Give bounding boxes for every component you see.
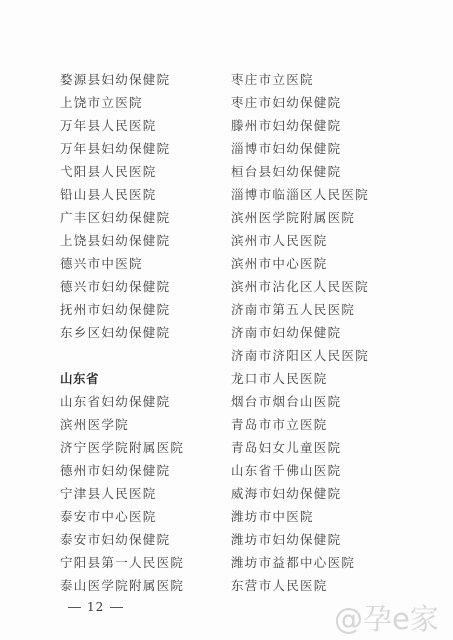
hospital-item: 滨州市沾化区人民医院	[231, 275, 369, 298]
hospital-item: 济南市第五人民医院	[231, 298, 369, 321]
hospital-item: 东营市人民医院	[231, 574, 369, 597]
document-page: 婺源县妇幼保健院 上饶市立医院 万年县人民医院 万年县妇幼保健院 弋阳县人民医院…	[0, 0, 453, 640]
hospital-item: 德州市妇幼保健院	[60, 459, 184, 482]
hospital-item: 上饶县妇幼保健院	[60, 229, 184, 252]
hospital-item: 山东省妇幼保健院	[60, 390, 184, 413]
hospital-item: 山东省千佛山医院	[231, 459, 369, 482]
hospital-item: 滕州市妇幼保健院	[231, 114, 369, 137]
hospital-item: 万年县妇幼保健院	[60, 137, 184, 160]
hospital-item: 青岛妇女儿童医院	[231, 436, 369, 459]
hospital-item: 上饶市立医院	[60, 91, 184, 114]
dash-left	[68, 607, 81, 608]
hospital-item: 泰安市妇幼保健院	[60, 528, 184, 551]
hospital-item: 威海市妇幼保健院	[231, 482, 369, 505]
watermark: @孕e家	[334, 597, 439, 638]
hospital-item: 弋阳县人民医院	[60, 160, 184, 183]
hospital-item: 济宁医学院附属医院	[60, 436, 184, 459]
page-number-value: 12	[87, 600, 104, 614]
hospital-item: 泰山医学院附属医院	[60, 574, 184, 597]
hospital-item: 潍坊市妇幼保健院	[231, 528, 369, 551]
hospital-item: 龙口市人民医院	[231, 367, 369, 390]
hospital-item: 潍坊市益都中心医院	[231, 551, 369, 574]
hospital-item: 枣庄市立医院	[231, 68, 369, 91]
hospital-item: 广丰区妇幼保健院	[60, 206, 184, 229]
hospital-item: 铅山县人民医院	[60, 183, 184, 206]
hospital-item: 济南市济阳区人民医院	[231, 344, 369, 367]
hospital-item: 抚州市妇幼保健院	[60, 298, 184, 321]
dash-right	[110, 607, 123, 608]
section-spacer	[60, 344, 184, 367]
hospital-item: 滨州医学院	[60, 413, 184, 436]
hospital-item: 宁阳县第一人民医院	[60, 551, 184, 574]
page-number: 12	[62, 600, 129, 614]
hospital-item: 潍坊市中医院	[231, 505, 369, 528]
left-column-list: 婺源县妇幼保健院 上饶市立医院 万年县人民医院 万年县妇幼保健院 弋阳县人民医院…	[60, 68, 184, 597]
hospital-item: 泰安市中心医院	[60, 505, 184, 528]
hospital-item: 青岛市市立医院	[231, 413, 369, 436]
hospital-item: 宁津县人民医院	[60, 482, 184, 505]
hospital-item: 德兴市中医院	[60, 252, 184, 275]
hospital-item: 淄博市临淄区人民医院	[231, 183, 369, 206]
hospital-item: 枣庄市妇幼保健院	[231, 91, 369, 114]
hospital-item: 桓台县妇幼保健院	[231, 160, 369, 183]
hospital-item: 烟台市烟台山医院	[231, 390, 369, 413]
hospital-item: 济南市妇幼保健院	[231, 321, 369, 344]
hospital-item: 婺源县妇幼保健院	[60, 68, 184, 91]
hospital-item: 德兴市妇幼保健院	[60, 275, 184, 298]
hospital-item: 淄博市妇幼保健院	[231, 137, 369, 160]
province-heading: 山东省	[60, 367, 184, 390]
hospital-item: 滨州医学院附属医院	[231, 206, 369, 229]
hospital-item: 滨州市中心医院	[231, 252, 369, 275]
hospital-item: 万年县人民医院	[60, 114, 184, 137]
hospital-item: 滨州市人民医院	[231, 229, 369, 252]
hospital-item: 东乡区妇幼保健院	[60, 321, 184, 344]
right-column-list: 枣庄市立医院 枣庄市妇幼保健院 滕州市妇幼保健院 淄博市妇幼保健院 桓台县妇幼保…	[231, 68, 369, 597]
